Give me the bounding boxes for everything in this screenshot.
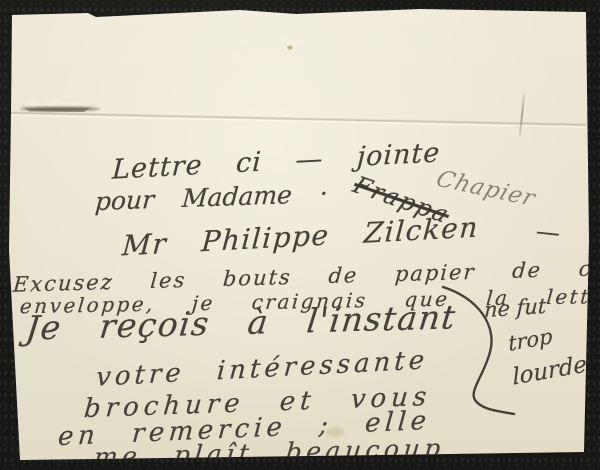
handwriting-line-enclosed-letter: Lettre ci — jointe <box>111 137 441 185</box>
horizontal-crease <box>6 111 586 128</box>
ink-dash: — <box>535 217 562 247</box>
envelope-paper: Lettre ci — jointe pour Madame · Frappa … <box>0 0 600 470</box>
handwriting-line-recipient-name: Mr Philippe Zilcken <box>121 211 480 263</box>
paper-tear-shadow <box>20 107 100 111</box>
paper-crack <box>519 93 526 137</box>
ink-bracket-curve <box>400 270 540 430</box>
studio-background: Lettre ci — jointe pour Madame · Frappa … <box>0 0 600 470</box>
paper-stain <box>287 45 293 50</box>
